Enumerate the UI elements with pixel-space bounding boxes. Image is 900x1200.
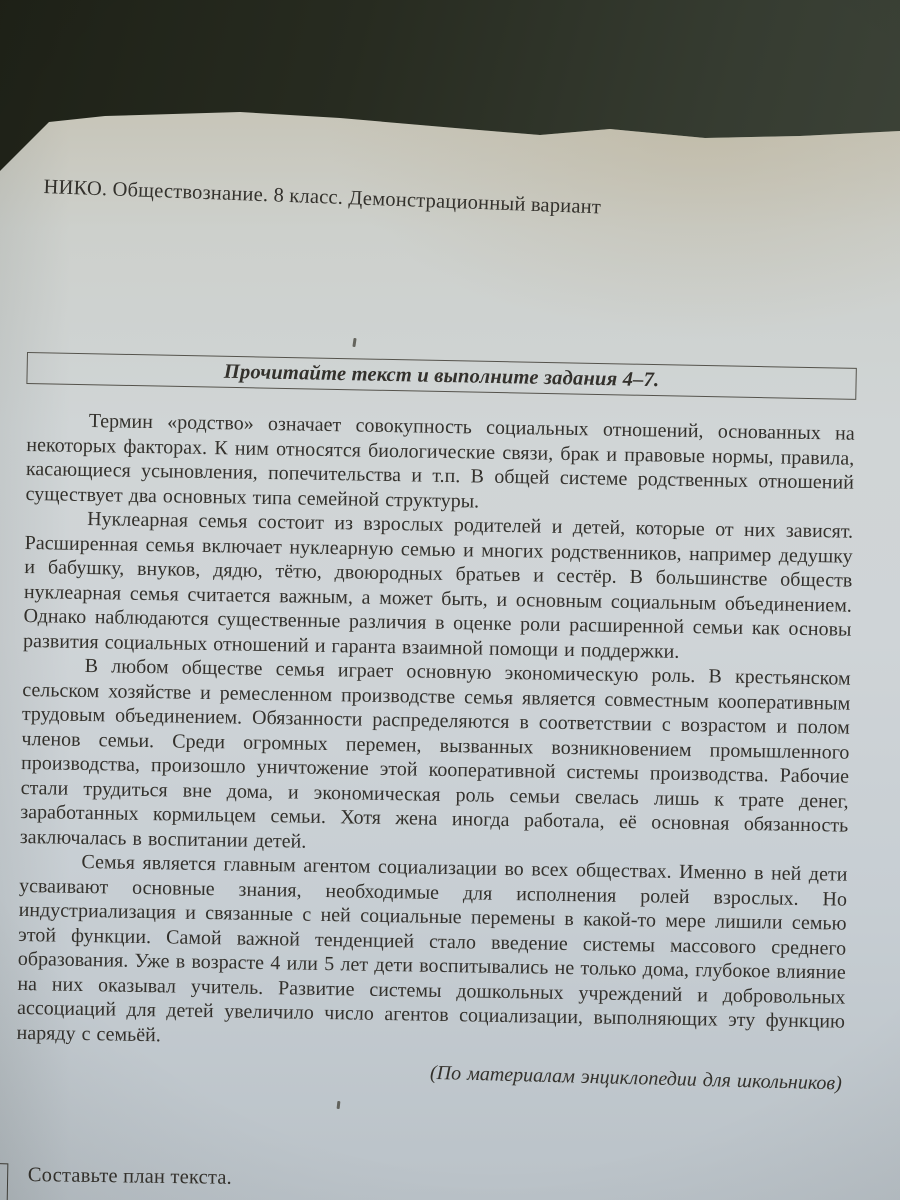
body-paragraph-4: Семья является главным агентом социализа… <box>16 849 847 1059</box>
paper-sheet: НИКО. Обществознание. 8 класс. Демонстра… <box>0 0 900 1200</box>
document-header: НИКО. Обществознание. 8 класс. Демонстра… <box>43 176 601 219</box>
body-paragraph-1: Термин «родство» означает совокупность с… <box>25 408 855 520</box>
task-number-box <box>0 1163 8 1200</box>
photo-background: НИКО. Обществознание. 8 класс. Демонстра… <box>0 0 900 1200</box>
document-body: Термин «родство» означает совокупность с… <box>16 408 855 1096</box>
ink-speck-icon <box>352 338 356 347</box>
body-paragraph-3: В любом обществе семья играет основную э… <box>20 653 851 863</box>
ink-speck-icon <box>337 1101 341 1109</box>
page-content: НИКО. Обществознание. 8 класс. Демонстра… <box>0 0 900 1200</box>
body-paragraph-2: Нуклеарная семья состоит из взрослых род… <box>23 506 853 667</box>
attribution-line: (По материалам энциклопедии для школьник… <box>16 1050 844 1096</box>
task-prompt: Составьте план текста. <box>28 1164 232 1190</box>
instruction-text: Прочитайте текст и выполните задания 4–7… <box>224 360 660 391</box>
instruction-box: Прочитайте текст и выполните задания 4–7… <box>26 352 856 400</box>
